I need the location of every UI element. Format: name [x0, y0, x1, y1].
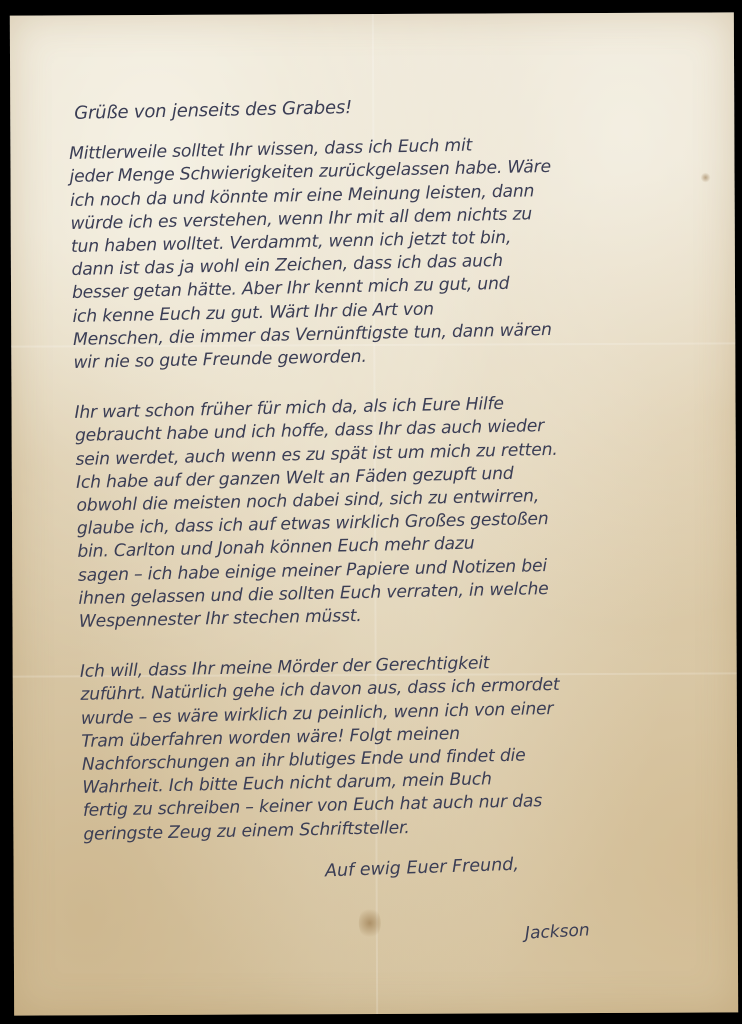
paragraph-3: Ich will, dass Ihr meine Mörder der Gere… [80, 649, 684, 847]
letter-image: Grüße von jenseits des Grabes! Mittlerwe… [0, 0, 742, 1024]
ink-stain [359, 906, 381, 940]
paragraph-2: Ihr wart schon früher für mich da, als i… [74, 390, 679, 635]
letter-signature: Jackson [525, 920, 591, 943]
ink-stain [701, 173, 711, 183]
paragraph-1: Mittlerweile solltet Ihr wissen, dass ic… [69, 131, 674, 376]
letter-body: Grüße von jenseits des Grabes! Mittlerwe… [68, 89, 684, 873]
